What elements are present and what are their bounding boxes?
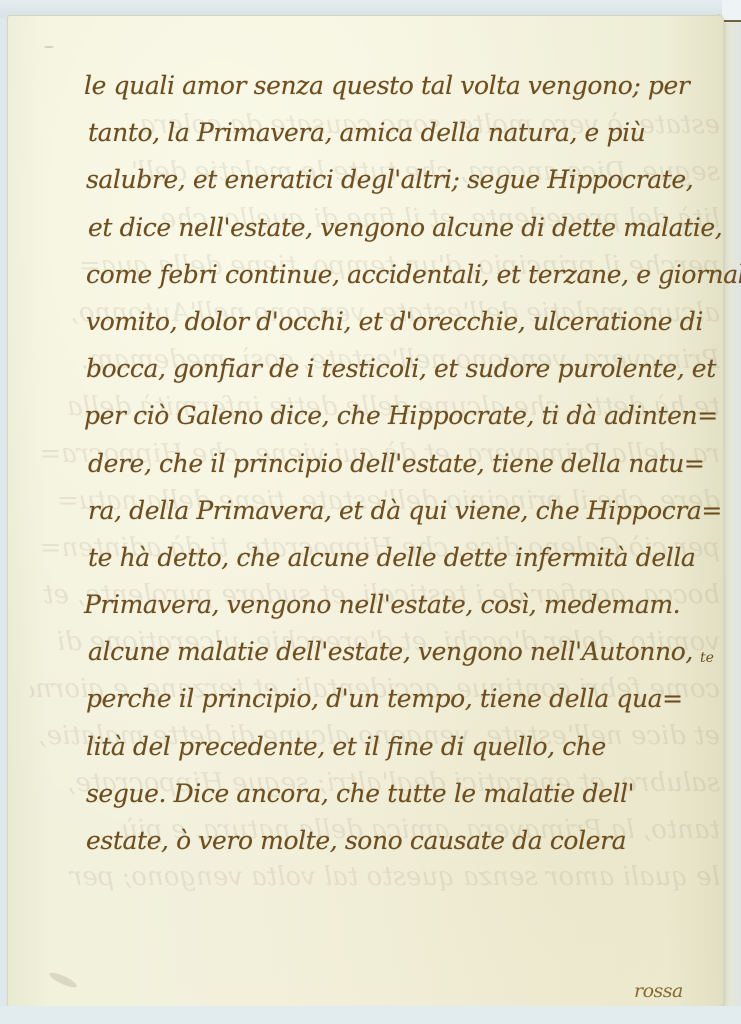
paper-stain — [44, 46, 54, 48]
text-line: per ciò Galeno dice, che Hippocrate, ti … — [84, 392, 724, 439]
page-corner — [722, 0, 741, 22]
text-line: et dice nell'estate, vengono alcune di d… — [84, 204, 724, 251]
catchword: rossa — [634, 980, 683, 1002]
text-line: tanto, la Primavera, amica della natura,… — [84, 109, 724, 156]
text-line: vomito, dolor d'occhi, et d'orecchie, ul… — [84, 298, 724, 345]
text-line: come febri continue, accidentali, et ter… — [84, 251, 724, 298]
text-line: dere, che il principio dell'estate, tien… — [84, 440, 724, 487]
marginal-superscript: te — [700, 650, 714, 666]
paper-stain — [48, 970, 79, 990]
text-line: salubre, et eneratici degl'altri; segue … — [84, 156, 724, 203]
text-line: te hà detto, che alcune delle dette infe… — [84, 534, 724, 581]
text-line: estate, ò vero molte, sono causate da co… — [84, 817, 724, 864]
text-line: segue. Dice ancora, che tutte le malatie… — [84, 770, 724, 817]
scan-background-bottom — [0, 1006, 741, 1024]
text-line: bocca, gonfiar de i testicoli, et sudore… — [84, 345, 724, 392]
text-line: le quali amor senza questo tal volta ven… — [84, 62, 724, 109]
manuscript-text: le quali amor senza questo tal volta ven… — [84, 62, 724, 864]
text-line: lità del precedente, et il fine di quell… — [84, 723, 724, 770]
text-line: Primavera, vengono nell'estate, così, me… — [84, 581, 724, 628]
text-line: alcune malatie dell'estate, vengono nell… — [84, 628, 724, 675]
text-line: ra, della Primavera, et dà qui viene, ch… — [84, 487, 724, 534]
text-line: perche il principio, d'un tempo, tiene d… — [84, 675, 724, 722]
